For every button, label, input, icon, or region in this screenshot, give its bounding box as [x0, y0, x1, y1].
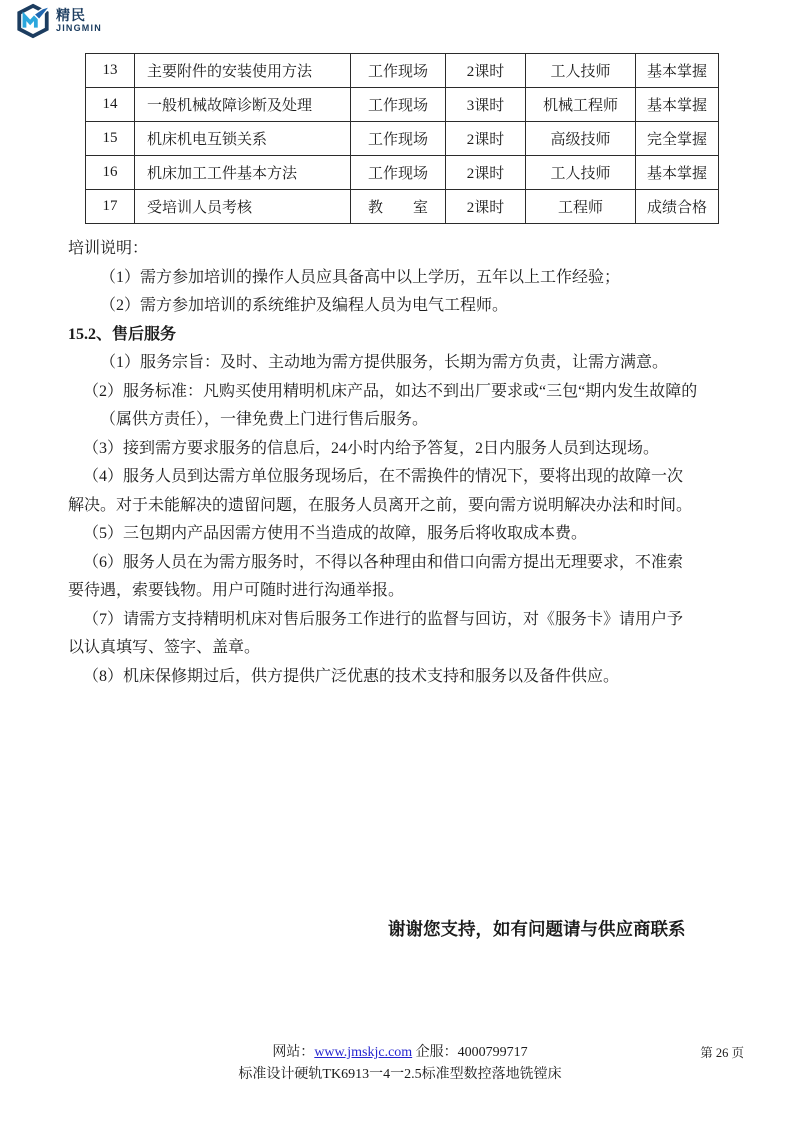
cell-no: 17 — [86, 190, 135, 224]
table-row: 17 受培训人员考核 教 室 2课时 工程师 成绩合格 — [86, 190, 719, 224]
cell-place: 工作现场 — [351, 122, 446, 156]
cell-content: 机床机电互锁关系 — [135, 122, 351, 156]
cell-no: 16 — [86, 156, 135, 190]
body-line: （7）请需方支持精明机床对售后服务工作进行的监督与回访，对《服务卡》请用户予 — [68, 606, 748, 635]
training-notes-heading: 培训说明： — [68, 235, 748, 264]
cell-hours: 3课时 — [446, 88, 526, 122]
cell-content: 一般机械故障诊断及处理 — [135, 88, 351, 122]
body-line: （2）需方参加培训的系统维护及编程人员为电气工程师。 — [68, 292, 748, 321]
cell-place: 工作现场 — [351, 156, 446, 190]
cell-result: 基本掌握 — [636, 88, 719, 122]
company-logo: 精民 JINGMIN — [14, 3, 102, 39]
table-row: 16 机床加工工件基本方法 工作现场 2课时 工人技师 基本掌握 — [86, 156, 719, 190]
cell-no: 14 — [86, 88, 135, 122]
cell-trainer: 高级技师 — [526, 122, 636, 156]
cell-content: 主要附件的安装使用方法 — [135, 54, 351, 88]
cell-no: 15 — [86, 122, 135, 156]
body-line: 要待遇，索要钱物。用户可随时进行沟通举报。 — [68, 577, 748, 606]
cell-no: 13 — [86, 54, 135, 88]
body-line: （5）三包期内产品因需方使用不当造成的故障，服务后将收取成本费。 — [68, 520, 748, 549]
cell-trainer: 工人技师 — [526, 54, 636, 88]
logo-hexagon-icon — [14, 3, 52, 39]
footer-contact-line: 网站：www.jmskjc.com 企服：4000799717 — [0, 1041, 800, 1061]
body-line: （8）机床保修期过后，供方提供广泛优惠的技术支持和服务以及备件供应。 — [68, 663, 748, 692]
body-line: （属供方责任），一律免费上门进行售后服务。 — [68, 406, 748, 435]
body-line: （2）服务标准：凡购买使用精明机床产品，如达不到出厂要求或“三包“期内发生故障的 — [68, 378, 748, 407]
cell-result: 成绩合格 — [636, 190, 719, 224]
cell-place: 教 室 — [351, 190, 446, 224]
cell-hours: 2课时 — [446, 190, 526, 224]
service-label: 企服： — [412, 1045, 458, 1060]
cell-result: 基本掌握 — [636, 156, 719, 190]
cell-content: 机床加工工件基本方法 — [135, 156, 351, 190]
cell-hours: 2课时 — [446, 122, 526, 156]
page-number: 第 26 页 — [700, 1043, 744, 1061]
logo-english-name: JINGMIN — [56, 24, 102, 33]
cell-result: 基本掌握 — [636, 54, 719, 88]
table-row: 13 主要附件的安装使用方法 工作现场 2课时 工人技师 基本掌握 — [86, 54, 719, 88]
body-line: 以认真填写、签字、盖章。 — [68, 634, 748, 663]
body-line: （1）服务宗旨：及时、主动地为需方提供服务，长期为需方负责，让需方满意。 — [68, 349, 748, 378]
cell-content: 受培训人员考核 — [135, 190, 351, 224]
website-label: 网站： — [272, 1045, 314, 1060]
cell-trainer: 机械工程师 — [526, 88, 636, 122]
service-phone: 4000799717 — [458, 1045, 528, 1060]
training-schedule-table: 13 主要附件的安装使用方法 工作现场 2课时 工人技师 基本掌握 14 一般机… — [85, 53, 719, 224]
body-line: 解决。对于未能解决的遗留问题，在服务人员离开之前，要向需方说明解决办法和时间。 — [68, 492, 748, 521]
cell-trainer: 工程师 — [526, 190, 636, 224]
cell-trainer: 工人技师 — [526, 156, 636, 190]
cell-place: 工作现场 — [351, 88, 446, 122]
cell-hours: 2课时 — [446, 54, 526, 88]
cell-hours: 2课时 — [446, 156, 526, 190]
cell-result: 完全掌握 — [636, 122, 719, 156]
website-link[interactable]: www.jmskjc.com — [314, 1045, 412, 1060]
body-text: 培训说明： （1）需方参加培训的操作人员应具备高中以上学历，五年以上工作经验； … — [68, 235, 748, 691]
logo-chinese-name: 精民 — [56, 8, 102, 22]
footer-product-line: 标准设计硬轨TK6913一4一2.5标准型数控落地铣镗床 — [0, 1063, 800, 1083]
cell-place: 工作现场 — [351, 54, 446, 88]
body-line: （1）需方参加培训的操作人员应具备高中以上学历，五年以上工作经验； — [68, 264, 748, 293]
table-row: 14 一般机械故障诊断及处理 工作现场 3课时 机械工程师 基本掌握 — [86, 88, 719, 122]
thanks-message: 谢谢您支持，如有问题请与供应商联系 — [388, 916, 686, 941]
section-heading-after-sales: 15.2、售后服务 — [68, 321, 748, 350]
table-row: 15 机床机电互锁关系 工作现场 2课时 高级技师 完全掌握 — [86, 122, 719, 156]
body-line: （3）接到需方要求服务的信息后，24小时内给予答复，2日内服务人员到达现场。 — [68, 435, 748, 464]
body-line: （4）服务人员到达需方单位服务现场后，在不需换件的情况下，要将出现的故障一次 — [68, 463, 748, 492]
body-line: （6）服务人员在为需方服务时，不得以各种理由和借口向需方提出无理要求，不准索 — [68, 549, 748, 578]
